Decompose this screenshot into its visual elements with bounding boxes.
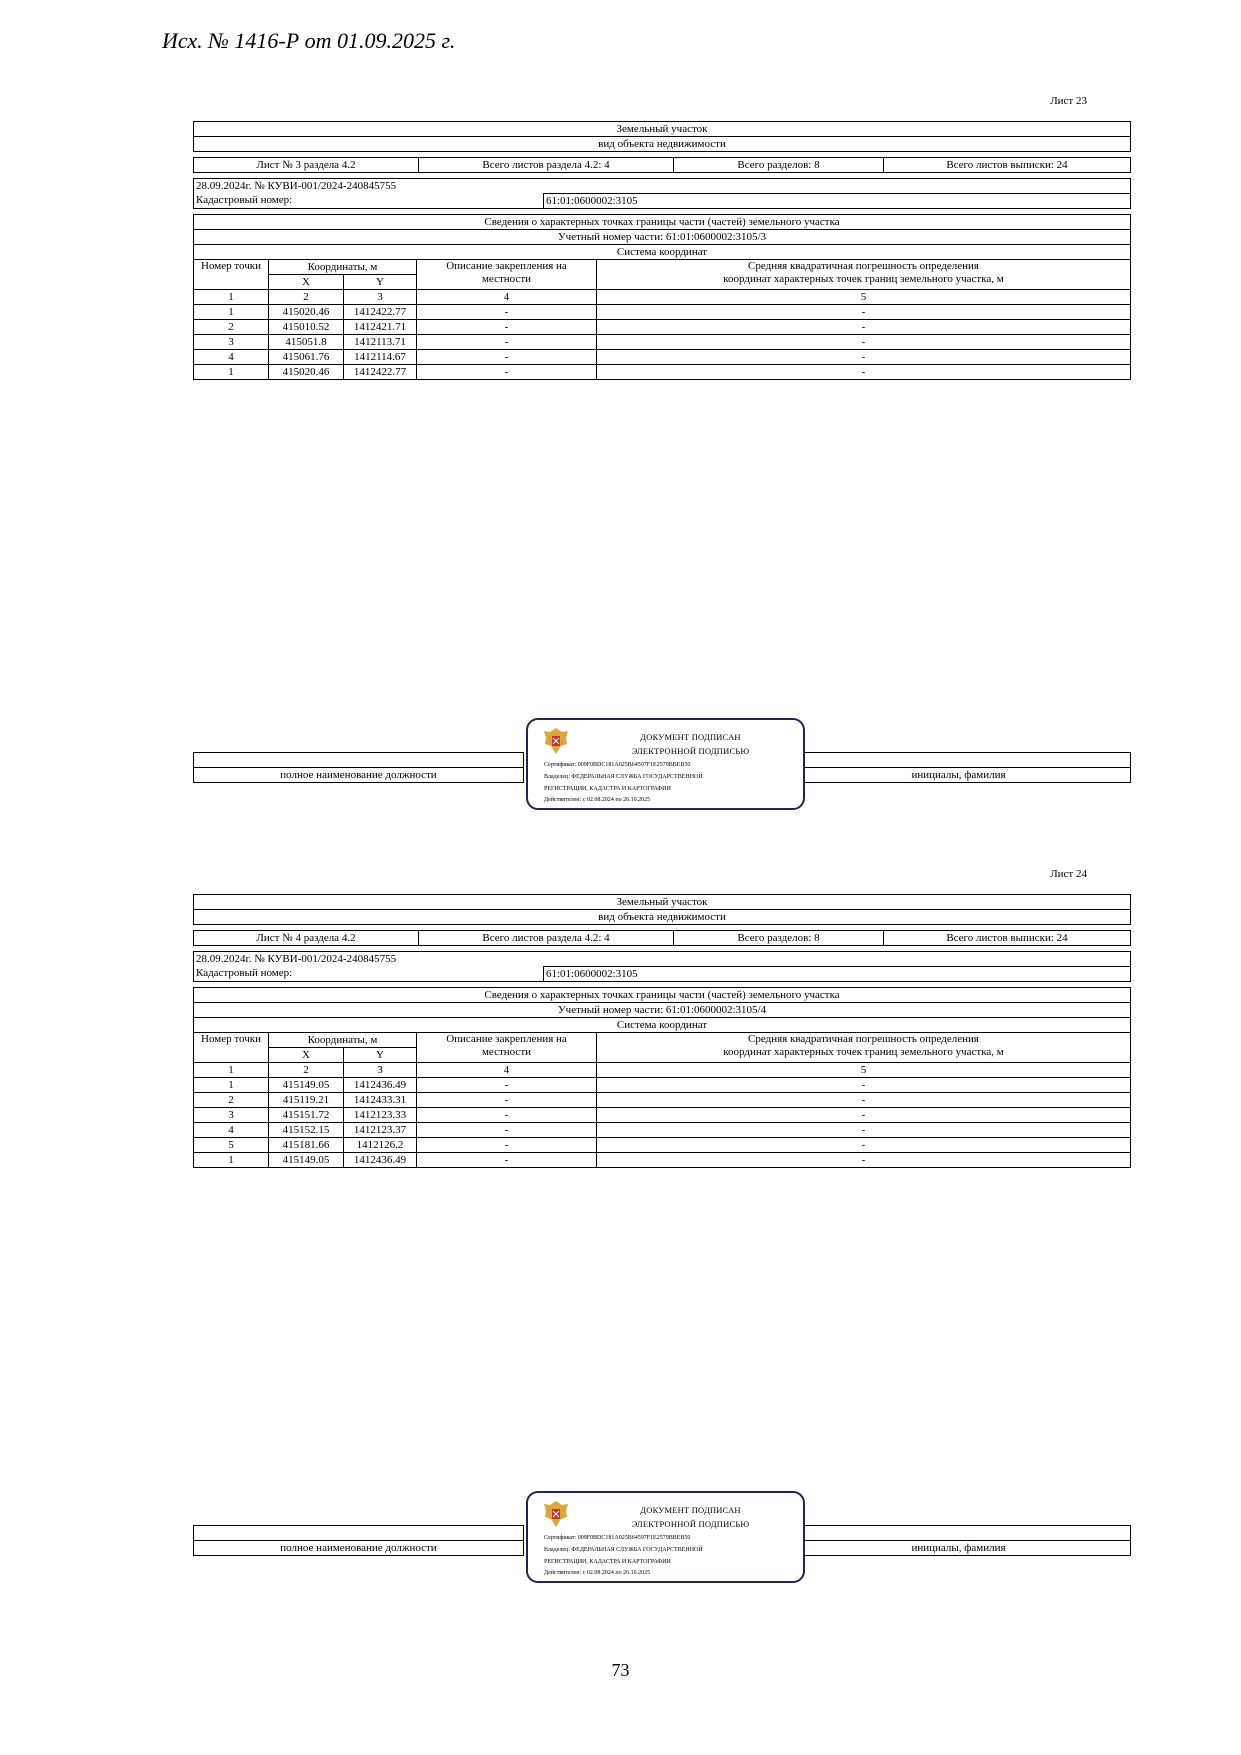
coord-x: 415020.46 (269, 365, 344, 380)
doc-info-table: 28.09.2024г. № КУВИ-001/2024-240845755 К… (193, 951, 1131, 982)
error-value: - (597, 335, 1131, 350)
coord-x: 415020.46 (269, 305, 344, 320)
coord-x: 415061.76 (269, 350, 344, 365)
coordinate-system: Система координат (194, 1018, 1131, 1033)
stamp-title-line2: ЭЛЕКТРОННОЙ ПОДПИСЬЮ (588, 1519, 793, 1529)
coordinate-system: Система координат (194, 245, 1131, 260)
total-sections: Всего разделов: 8 (674, 931, 884, 946)
stamp-owner: Владелец: ФЕДЕРАЛЬНАЯ СЛУЖБА ГОСУДАРСТВЕ… (544, 1547, 703, 1553)
fixing-description: - (417, 1078, 597, 1093)
table-row: 1 415149.05 1412436.49 - - (194, 1078, 1131, 1093)
header-coordinates: Координаты, м (269, 1033, 417, 1048)
coord-y: 1412422.77 (344, 305, 417, 320)
cadastral-label: Кадастровый номер: (194, 967, 544, 982)
stamp-owner-cont: РЕГИСТРАЦИИ, КАДАСТРА И КАРТОГРАФИИ (544, 1559, 671, 1565)
coord-x: 415151.72 (269, 1108, 344, 1123)
header-mean-square-error: Средняя квадратичная погрешность определ… (597, 260, 1131, 290)
point-number: 4 (194, 350, 269, 365)
stamp-certificate: Сертификат: 009F0BDC181A025B64597F1E2579… (544, 762, 690, 768)
table-title: Сведения о характерных точках границы ча… (194, 988, 1131, 1003)
point-number: 3 (194, 335, 269, 350)
sheet-label: Лист 23 (1050, 95, 1087, 107)
name-caption: инициалы, фамилия (787, 768, 1131, 783)
header-mean-square-error: Средняя квадратичная погрешность определ… (597, 1033, 1131, 1063)
sheet-info-table: Лист № 3 раздела 4.2 Всего листов раздел… (193, 157, 1131, 173)
coord-x: 415181.66 (269, 1138, 344, 1153)
table-row: 4 415061.76 1412114.67 - - (194, 350, 1131, 365)
table-title: Сведения о характерных точках границы ча… (194, 215, 1131, 230)
stamp-title-line1: ДОКУМЕНТ ПОДПИСАН (588, 1505, 793, 1515)
coord-y: 1412433.31 (344, 1093, 417, 1108)
error-value: - (597, 1153, 1131, 1168)
column-numbers-row: 1 2 3 4 5 (194, 1063, 1131, 1078)
fixing-description: - (417, 365, 597, 380)
fixing-description: - (417, 335, 597, 350)
table-row: 2 415119.21 1412433.31 - - (194, 1093, 1131, 1108)
stamp-owner: Владелец: ФЕДЕРАЛЬНАЯ СЛУЖБА ГОСУДАРСТВЕ… (544, 774, 703, 780)
object-header-table: Земельный участок вид объекта недвижимос… (193, 121, 1131, 152)
coord-y: 1412123.33 (344, 1108, 417, 1123)
header-x: X (269, 1048, 344, 1063)
russian-coat-of-arms-emblem (542, 726, 570, 756)
point-number: 1 (194, 1078, 269, 1093)
object-header-table: Земельный участок вид объекта недвижимос… (193, 894, 1131, 925)
coord-y: 1412422.77 (344, 365, 417, 380)
stamp-certificate: Сертификат: 009F0BDC181A025B64597F1E2579… (544, 1535, 690, 1541)
error-value: - (597, 350, 1131, 365)
boundary-points-table: Сведения о характерных точках границы ча… (193, 987, 1131, 1168)
page-number: 73 (0, 1660, 1241, 1681)
object-type-caption: вид объекта недвижимости (194, 910, 1131, 925)
boundary-points-table: Сведения о характерных точках границы ча… (193, 214, 1131, 380)
fixing-description: - (417, 1108, 597, 1123)
stamp-owner-cont: РЕГИСТРАЦИИ, КАДАСТРА И КАРТОГРАФИИ (544, 786, 671, 792)
column-numbers-row: 1 2 3 4 5 (194, 290, 1131, 305)
header-fixing-description: Описание закрепления наместности (417, 260, 597, 290)
outgoing-reference: Исх. № 1416-Р от 01.09.2025 г. (162, 28, 455, 54)
stamp-title-line2: ЭЛЕКТРОННОЙ ПОДПИСЬЮ (588, 746, 793, 756)
total-section-sheets: Всего листов раздела 4.2: 4 (419, 158, 674, 173)
error-value: - (597, 1138, 1131, 1153)
error-value: - (597, 305, 1131, 320)
error-value: - (597, 1078, 1131, 1093)
table-row: 1 415020.46 1412422.77 - - (194, 305, 1131, 320)
extract-sheet-24: Лист 24 Земельный участок вид объекта не… (193, 878, 1131, 1168)
fixing-description: - (417, 350, 597, 365)
error-value: - (597, 1093, 1131, 1108)
table-row: 4 415152.15 1412123.37 - - (194, 1123, 1131, 1138)
coord-x: 415149.05 (269, 1078, 344, 1093)
total-sections: Всего разделов: 8 (674, 158, 884, 173)
table-row: 3 415151.72 1412123.33 - - (194, 1108, 1131, 1123)
document-number: 28.09.2024г. № КУВИ-001/2024-240845755 (194, 952, 1131, 967)
point-number: 1 (194, 305, 269, 320)
stamp-validity: Действителен: с 02.08.2024 по 26.10.2025 (544, 797, 650, 803)
position-caption: полное наименование должности (194, 768, 524, 783)
coord-x: 415152.15 (269, 1123, 344, 1138)
header-point-number: Номер точки (194, 260, 269, 290)
coord-y: 1412113.71 (344, 335, 417, 350)
header-y: Y (344, 275, 417, 290)
error-value: - (597, 1108, 1131, 1123)
total-section-sheets: Всего листов раздела 4.2: 4 (419, 931, 674, 946)
point-number: 2 (194, 1093, 269, 1108)
table-row: 3 415051.8 1412113.71 - - (194, 335, 1131, 350)
coord-y: 1412436.49 (344, 1153, 417, 1168)
point-number: 1 (194, 1153, 269, 1168)
coord-x: 415149.05 (269, 1153, 344, 1168)
header-y: Y (344, 1048, 417, 1063)
header-fixing-description: Описание закрепления наместности (417, 1033, 597, 1063)
doc-info-table: 28.09.2024г. № КУВИ-001/2024-240845755 К… (193, 178, 1131, 209)
russian-coat-of-arms-emblem (542, 1499, 570, 1529)
sheet-of-section: Лист № 4 раздела 4.2 (194, 931, 419, 946)
coord-y: 1412436.49 (344, 1078, 417, 1093)
coord-y: 1412421.71 (344, 320, 417, 335)
point-number: 5 (194, 1138, 269, 1153)
cadastral-number: 61:01:0600002:3105 (544, 194, 1131, 209)
sheet-label: Лист 24 (1050, 868, 1087, 880)
coord-x: 415119.21 (269, 1093, 344, 1108)
table-row: 1 415020.46 1412422.77 - - (194, 365, 1131, 380)
part-number: Учетный номер части: 61:01:0600002:3105/… (194, 230, 1131, 245)
fixing-description: - (417, 1093, 597, 1108)
header-coordinates: Координаты, м (269, 260, 417, 275)
object-type: Земельный участок (194, 895, 1131, 910)
fixing-description: - (417, 305, 597, 320)
table-row: 2 415010.52 1412421.71 - - (194, 320, 1131, 335)
object-type-caption: вид объекта недвижимости (194, 137, 1131, 152)
electronic-signature-stamp: ДОКУМЕНТ ПОДПИСАН ЭЛЕКТРОННОЙ ПОДПИСЬЮ С… (526, 718, 805, 810)
fixing-description: - (417, 1153, 597, 1168)
error-value: - (597, 365, 1131, 380)
name-caption: инициалы, фамилия (787, 1541, 1131, 1556)
point-number: 3 (194, 1108, 269, 1123)
error-value: - (597, 320, 1131, 335)
point-number: 2 (194, 320, 269, 335)
header-x: X (269, 275, 344, 290)
table-row: 5 415181.66 1412126.2 - - (194, 1138, 1131, 1153)
table-row: 1 415149.05 1412436.49 - - (194, 1153, 1131, 1168)
object-type: Земельный участок (194, 122, 1131, 137)
fixing-description: - (417, 320, 597, 335)
error-value: - (597, 1123, 1131, 1138)
point-number: 1 (194, 365, 269, 380)
total-extract-sheets: Всего листов выписки: 24 (884, 931, 1131, 946)
fixing-description: - (417, 1138, 597, 1153)
point-number: 4 (194, 1123, 269, 1138)
part-number: Учетный номер части: 61:01:0600002:3105/… (194, 1003, 1131, 1018)
coord-y: 1412123.37 (344, 1123, 417, 1138)
stamp-validity: Действителен: с 02.08.2024 по 26.10.2025 (544, 1570, 650, 1576)
sheet-of-section: Лист № 3 раздела 4.2 (194, 158, 419, 173)
coord-x: 415051.8 (269, 335, 344, 350)
sheet-info-table: Лист № 4 раздела 4.2 Всего листов раздел… (193, 930, 1131, 946)
coord-y: 1412114.67 (344, 350, 417, 365)
coord-y: 1412126.2 (344, 1138, 417, 1153)
total-extract-sheets: Всего листов выписки: 24 (884, 158, 1131, 173)
stamp-title-line1: ДОКУМЕНТ ПОДПИСАН (588, 732, 793, 742)
position-caption: полное наименование должности (194, 1541, 524, 1556)
header-point-number: Номер точки (194, 1033, 269, 1063)
extract-sheet-23: Лист 23 Земельный участок вид объекта не… (193, 105, 1131, 380)
coord-x: 415010.52 (269, 320, 344, 335)
document-number: 28.09.2024г. № КУВИ-001/2024-240845755 (194, 179, 1131, 194)
cadastral-label: Кадастровый номер: (194, 194, 544, 209)
cadastral-number: 61:01:0600002:3105 (544, 967, 1131, 982)
electronic-signature-stamp: ДОКУМЕНТ ПОДПИСАН ЭЛЕКТРОННОЙ ПОДПИСЬЮ С… (526, 1491, 805, 1583)
fixing-description: - (417, 1123, 597, 1138)
